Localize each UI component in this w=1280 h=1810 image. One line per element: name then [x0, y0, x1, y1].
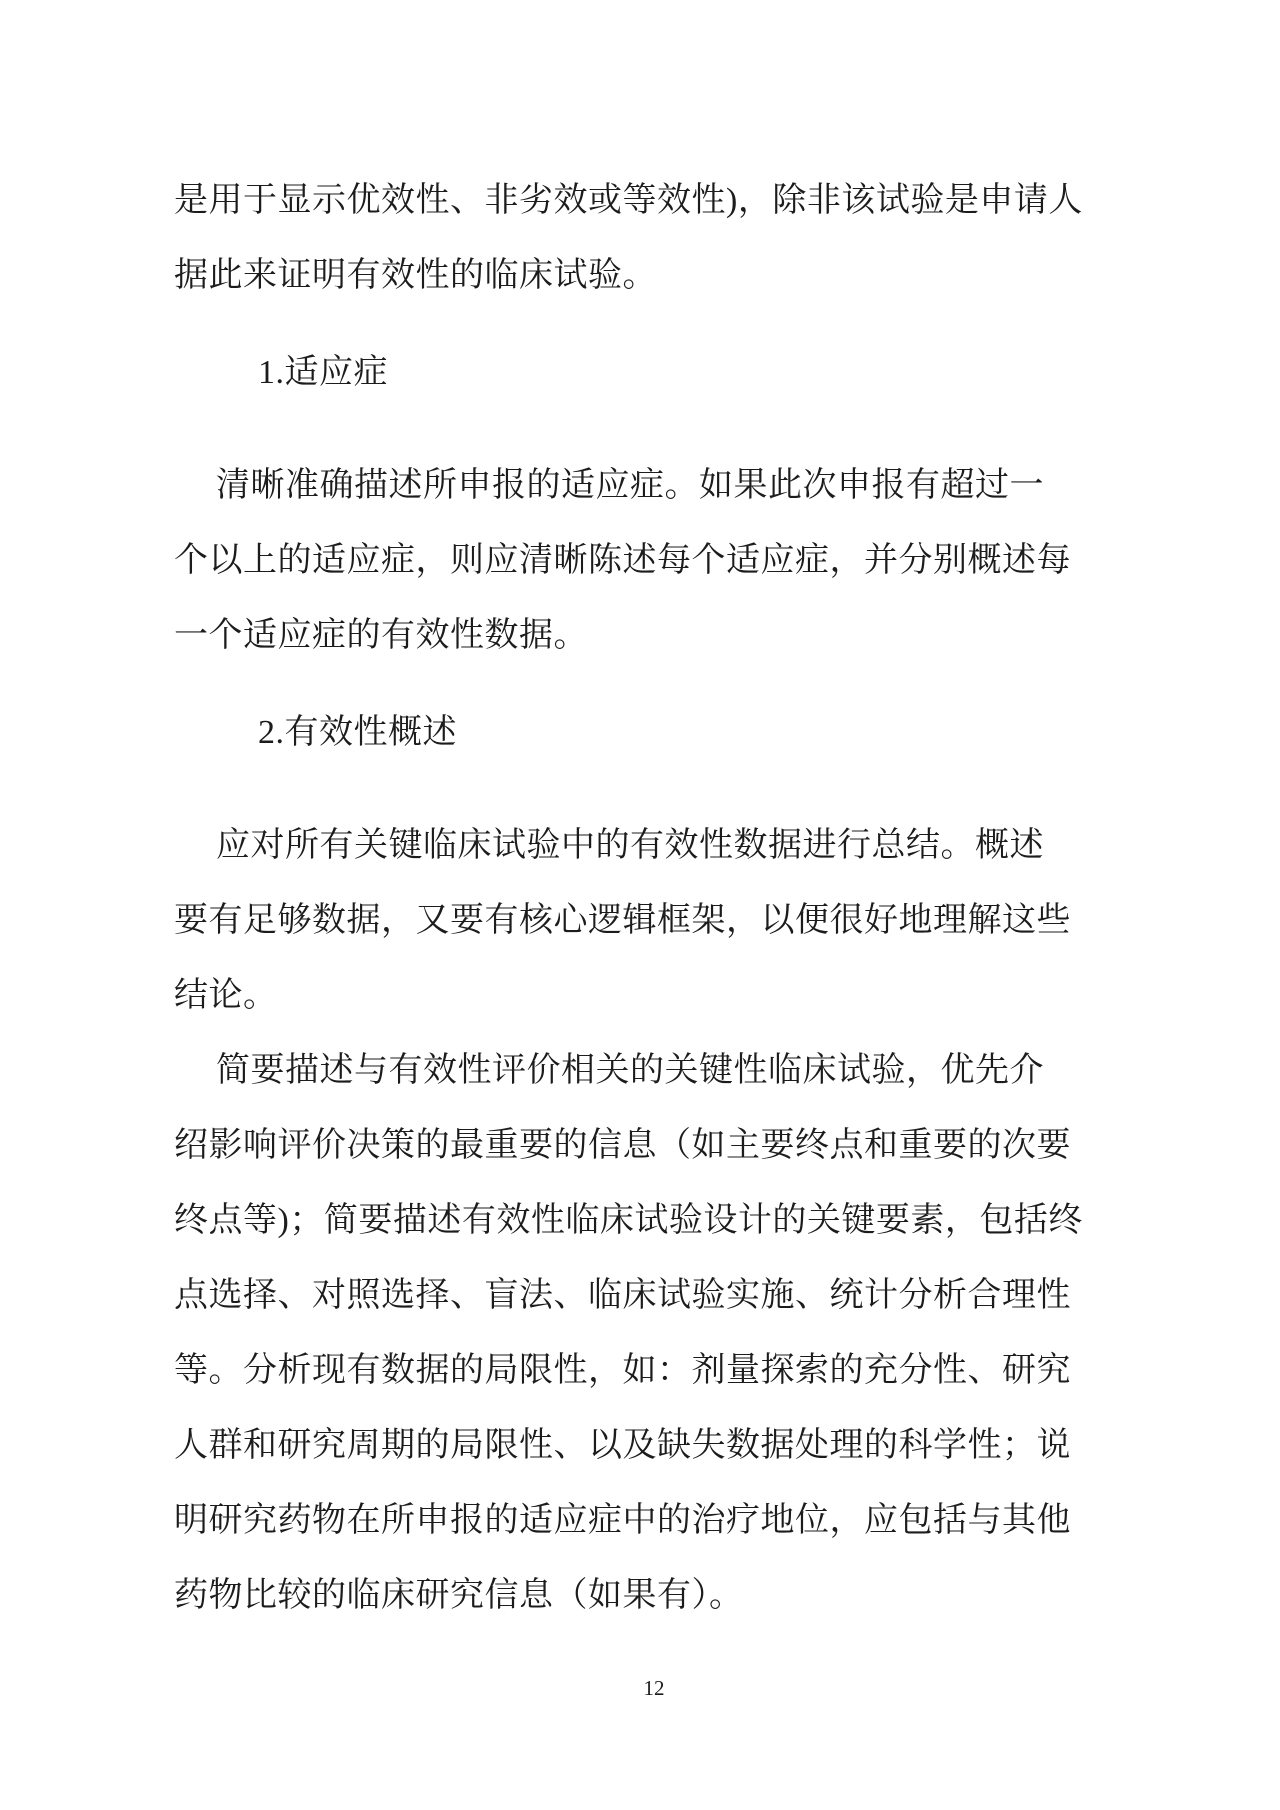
- section-heading-efficacy-overview: 2.有效性概述: [258, 695, 1134, 770]
- section-heading-indications: 1.适应症: [258, 335, 1134, 410]
- paragraph-key-trials: 简要描述与有效性评价相关的关键性临床试验，优先介 绍影响评价决策的最重要的信息（…: [174, 1033, 1134, 1633]
- document-page: 是用于显示优效性、非劣效或等效性)，除非该试验是申请人 据此来证明有效性的临床试…: [0, 0, 1280, 1810]
- paragraph-continuation: 是用于显示优效性、非劣效或等效性)，除非该试验是申请人 据此来证明有效性的临床试…: [174, 163, 1134, 313]
- page-number: 12: [174, 1673, 1134, 1703]
- paragraph-efficacy-summary: 应对所有关键临床试验中的有效性数据进行总结。概述 要有足够数据，又要有核心逻辑框…: [174, 808, 1134, 1033]
- paragraph-indications: 清晰准确描述所申报的适应症。如果此次申报有超过一 个以上的适应症，则应清晰陈述每…: [174, 448, 1134, 673]
